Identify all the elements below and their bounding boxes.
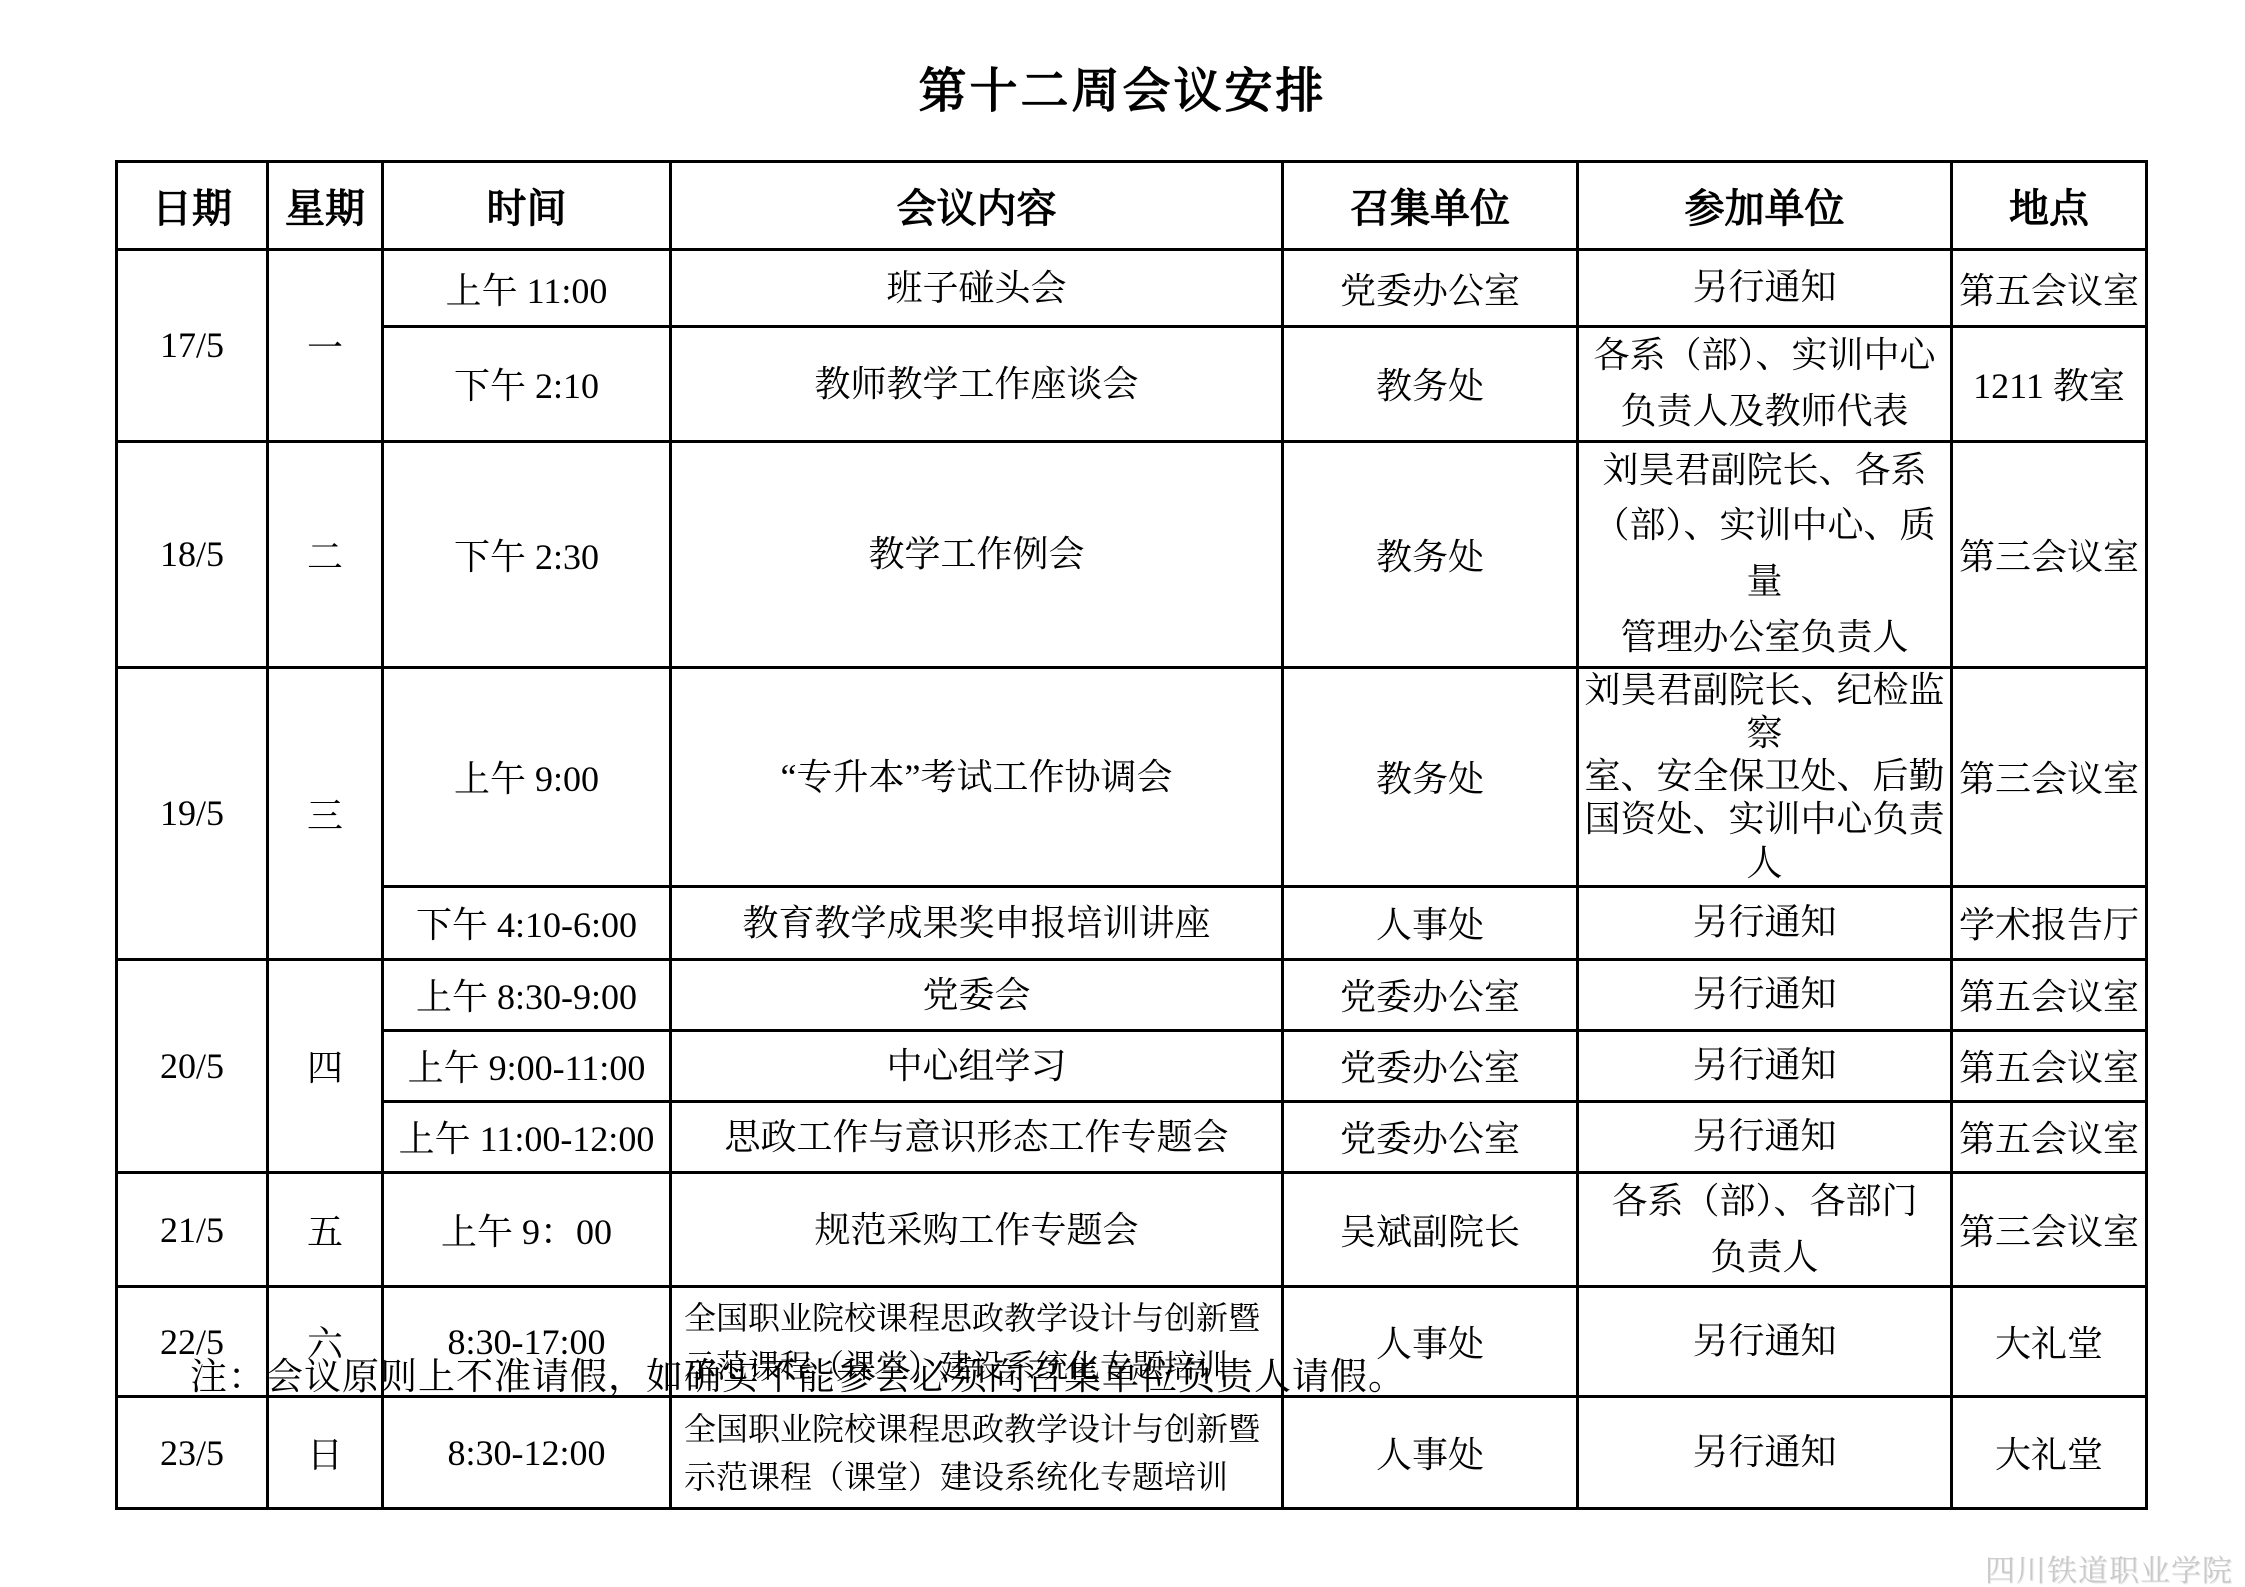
participants-line: （部）、实训中心、质量 <box>1583 498 1946 610</box>
table-header: 日期星期时间会议内容召集单位参加单位地点 <box>117 162 2147 250</box>
cell-convener: 教务处 <box>1283 441 1578 667</box>
watermark: 四川铁道职业学院 <box>1985 1546 2233 1587</box>
cell-time: 上午 11:00-12:00 <box>383 1101 671 1172</box>
content-line: “专升本”考试工作协调会 <box>676 750 1277 804</box>
cell-convener: 吴斌副院长 <box>1283 1172 1578 1287</box>
cell-participants: 另行通知 <box>1578 1101 1952 1172</box>
cell-time: 上午 9：00 <box>383 1172 671 1287</box>
cell-convener: 党委办公室 <box>1283 1030 1578 1101</box>
participants-line: 另行通知 <box>1583 260 1946 316</box>
cell-time: 下午 4:10-6:00 <box>383 886 671 959</box>
document-page: 第十二周会议安排 日期星期时间会议内容召集单位参加单位地点 17/5一上午 11… <box>0 0 2245 1587</box>
cell-location: 第三会议室 <box>1952 441 2147 667</box>
cell-content: 全国职业院校课程思政教学设计与创新暨示范课程（课堂）建设系统化专题培训 <box>671 1397 1283 1509</box>
table-row: 23/5日8:30-12:00全国职业院校课程思政教学设计与创新暨示范课程（课堂… <box>117 1397 2147 1509</box>
cell-content: 党委会 <box>671 959 1283 1030</box>
cell-participants: 刘昊君副院长、纪检监察室、安全保卫处、后勤国资处、实训中心负责人 <box>1578 667 1952 886</box>
content-line: 班子碰头会 <box>676 261 1277 315</box>
participants-line: 另行通知 <box>1583 1109 1946 1165</box>
cell-date: 19/5 <box>117 667 268 959</box>
cell-participants: 各系（部）、各部门负责人 <box>1578 1172 1952 1287</box>
content-line: 示范课程（课堂）建设系统化专题培训 <box>684 1453 1277 1501</box>
cell-participants: 刘昊君副院长、各系（部）、实训中心、质量管理办公室负责人 <box>1578 441 1952 667</box>
cell-convener: 教务处 <box>1283 667 1578 886</box>
cell-date: 20/5 <box>117 959 268 1172</box>
cell-participants: 另行通知 <box>1578 1397 1952 1509</box>
cell-location: 1211 教室 <box>1952 327 2147 442</box>
participants-line: 另行通知 <box>1583 1038 1946 1094</box>
table-row: 上午 9:00-11:00中心组学习党委办公室另行通知第五会议室 <box>117 1030 2147 1101</box>
cell-convener: 党委办公室 <box>1283 250 1578 327</box>
participants-line: 负责人及教师代表 <box>1583 384 1946 440</box>
cell-location: 第五会议室 <box>1952 1030 2147 1101</box>
cell-participants: 另行通知 <box>1578 959 1952 1030</box>
cell-location: 第三会议室 <box>1952 667 2147 886</box>
cell-participants: 另行通知 <box>1578 886 1952 959</box>
participants-line: 负责人 <box>1583 1230 1946 1286</box>
table-row: 上午 11:00-12:00思政工作与意识形态工作专题会党委办公室另行通知第五会… <box>117 1101 2147 1172</box>
content-line: 党委会 <box>676 968 1277 1022</box>
cell-weekday: 三 <box>268 667 383 959</box>
cell-weekday: 四 <box>268 959 383 1172</box>
content-line: 教育教学成果奖申报培训讲座 <box>676 896 1277 950</box>
content-line: 教学工作例会 <box>676 527 1277 581</box>
cell-convener: 人事处 <box>1283 886 1578 959</box>
cell-participants: 另行通知 <box>1578 1287 1952 1397</box>
column-header-location: 地点 <box>1952 162 2147 250</box>
cell-time: 上午 8:30-9:00 <box>383 959 671 1030</box>
column-header-participants: 参加单位 <box>1578 162 1952 250</box>
cell-time: 上午 9:00-11:00 <box>383 1030 671 1101</box>
cell-content: 教学工作例会 <box>671 441 1283 667</box>
table-row: 20/5四上午 8:30-9:00党委会党委办公室另行通知第五会议室 <box>117 959 2147 1030</box>
cell-time: 上午 11:00 <box>383 250 671 327</box>
table-row: 19/5三上午 9:00“专升本”考试工作协调会教务处刘昊君副院长、纪检监察室、… <box>117 667 2147 886</box>
meeting-schedule-table: 日期星期时间会议内容召集单位参加单位地点 17/5一上午 11:00班子碰头会党… <box>115 160 2148 1510</box>
content-line: 全国职业院校课程思政教学设计与创新暨 <box>684 1294 1277 1342</box>
participants-line: 室、安全保卫处、后勤 <box>1583 755 1946 798</box>
footnote: 注：会议原则上不准请假，如确实不能参会必须向召集单位负责人请假。 <box>190 1346 1406 1400</box>
cell-convener: 党委办公室 <box>1283 959 1578 1030</box>
table-row: 17/5一上午 11:00班子碰头会党委办公室另行通知第五会议室 <box>117 250 2147 327</box>
cell-participants: 各系（部）、实训中心负责人及教师代表 <box>1578 327 1952 442</box>
cell-weekday: 一 <box>268 250 383 442</box>
participants-line: 刘昊君副院长、各系 <box>1583 443 1946 499</box>
participants-line: 国资处、实训中心负责人 <box>1583 798 1946 884</box>
column-header-convener: 召集单位 <box>1283 162 1578 250</box>
content-line: 全国职业院校课程思政教学设计与创新暨 <box>684 1405 1277 1453</box>
header-row: 日期星期时间会议内容召集单位参加单位地点 <box>117 162 2147 250</box>
content-line: 教师教学工作座谈会 <box>676 357 1277 411</box>
cell-location: 大礼堂 <box>1952 1287 2147 1397</box>
page-title: 第十二周会议安排 <box>0 52 2245 121</box>
table-row: 18/5二下午 2:30教学工作例会教务处刘昊君副院长、各系（部）、实训中心、质… <box>117 441 2147 667</box>
participants-line: 刘昊君副院长、纪检监察 <box>1583 669 1946 755</box>
cell-participants: 另行通知 <box>1578 250 1952 327</box>
cell-participants: 另行通知 <box>1578 1030 1952 1101</box>
cell-weekday: 二 <box>268 441 383 667</box>
cell-time: 下午 2:30 <box>383 441 671 667</box>
cell-location: 大礼堂 <box>1952 1397 2147 1509</box>
content-line: 思政工作与意识形态工作专题会 <box>676 1110 1277 1164</box>
column-header-date: 日期 <box>117 162 268 250</box>
cell-weekday: 五 <box>268 1172 383 1287</box>
cell-location: 第三会议室 <box>1952 1172 2147 1287</box>
participants-line: 各系（部）、实训中心 <box>1583 328 1946 384</box>
cell-date: 23/5 <box>117 1397 268 1509</box>
cell-date: 18/5 <box>117 441 268 667</box>
cell-content: 思政工作与意识形态工作专题会 <box>671 1101 1283 1172</box>
cell-content: 教师教学工作座谈会 <box>671 327 1283 442</box>
cell-date: 17/5 <box>117 250 268 442</box>
participants-line: 另行通知 <box>1583 967 1946 1023</box>
cell-content: 教育教学成果奖申报培训讲座 <box>671 886 1283 959</box>
cell-location: 第五会议室 <box>1952 1101 2147 1172</box>
table-row: 21/5五上午 9：00规范采购工作专题会吴斌副院长各系（部）、各部门负责人第三… <box>117 1172 2147 1287</box>
cell-location: 学术报告厅 <box>1952 886 2147 959</box>
column-header-weekday: 星期 <box>268 162 383 250</box>
cell-convener: 教务处 <box>1283 327 1578 442</box>
content-line: 规范采购工作专题会 <box>676 1203 1277 1257</box>
cell-convener: 人事处 <box>1283 1397 1578 1509</box>
cell-convener: 党委办公室 <box>1283 1101 1578 1172</box>
table-row: 下午 4:10-6:00教育教学成果奖申报培训讲座人事处另行通知学术报告厅 <box>117 886 2147 959</box>
participants-line: 另行通知 <box>1583 1425 1946 1481</box>
cell-time: 下午 2:10 <box>383 327 671 442</box>
participants-line: 各系（部）、各部门 <box>1583 1174 1946 1230</box>
cell-content: 班子碰头会 <box>671 250 1283 327</box>
cell-content: 中心组学习 <box>671 1030 1283 1101</box>
cell-location: 第五会议室 <box>1952 959 2147 1030</box>
cell-weekday: 日 <box>268 1397 383 1509</box>
cell-time: 上午 9:00 <box>383 667 671 886</box>
cell-content: 规范采购工作专题会 <box>671 1172 1283 1287</box>
participants-line: 另行通知 <box>1583 1314 1946 1370</box>
participants-line: 另行通知 <box>1583 895 1946 951</box>
participants-line: 管理办公室负责人 <box>1583 610 1946 666</box>
column-header-time: 时间 <box>383 162 671 250</box>
content-line: 中心组学习 <box>676 1039 1277 1093</box>
table-row: 下午 2:10教师教学工作座谈会教务处各系（部）、实训中心负责人及教师代表121… <box>117 327 2147 442</box>
cell-date: 21/5 <box>117 1172 268 1287</box>
cell-location: 第五会议室 <box>1952 250 2147 327</box>
cell-time: 8:30-12:00 <box>383 1397 671 1509</box>
column-header-content: 会议内容 <box>671 162 1283 250</box>
cell-content: “专升本”考试工作协调会 <box>671 667 1283 886</box>
